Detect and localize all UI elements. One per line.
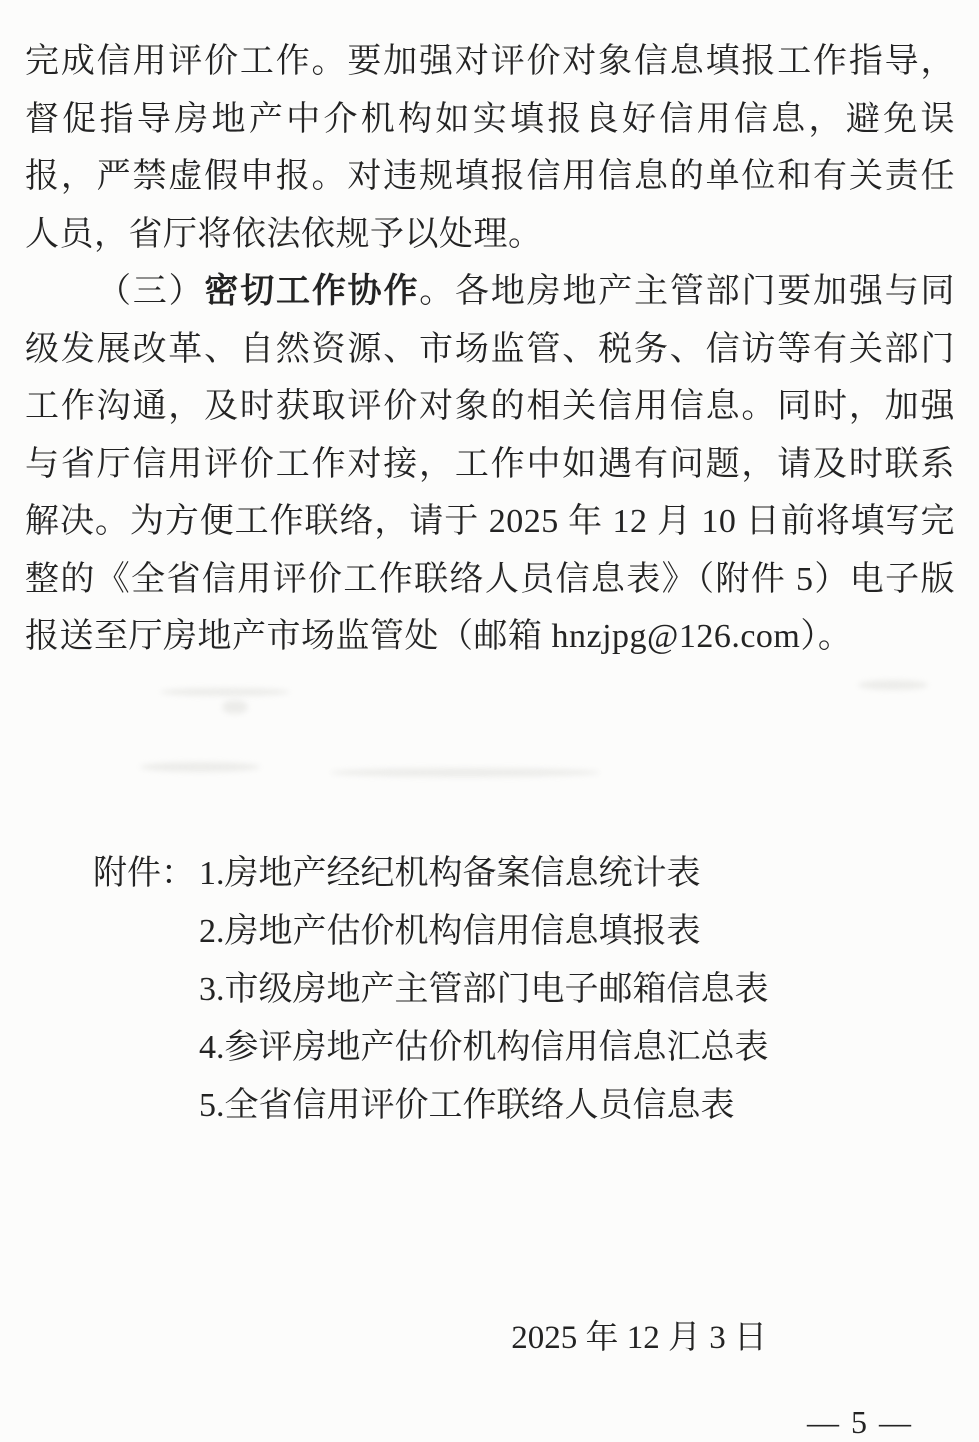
section-number: （三） xyxy=(97,273,204,310)
attachments-label: 附件： xyxy=(93,845,195,903)
paragraph-continuation: 完成信用评价工作。要加强对评价对象信息填报工作指导，督促指导房地产中介机构如实填… xyxy=(25,33,955,263)
attachment-item: 4.参评房地产估价机构信用信息汇总表 xyxy=(199,1019,769,1077)
attachment-item: 1.房地产经纪机构备案信息统计表 xyxy=(199,845,769,903)
scan-artifact xyxy=(160,688,290,696)
document-body: 完成信用评价工作。要加强对评价对象信息填报工作指导，督促指导房地产中介机构如实填… xyxy=(25,33,955,666)
page-number: — 5 — xyxy=(807,1396,913,1442)
document-date: 2025 年 12 月 3 日 xyxy=(511,1309,767,1367)
paragraph-text: 完成信用评价工作。要加强对评价对象信息填报工作指导，督促指导房地产中介机构如实填… xyxy=(25,43,955,253)
attachment-item: 2.房地产估价机构信用信息填报表 xyxy=(199,903,769,961)
paragraph-text: 。各地房地产主管部门要加强与同级发展改革、自然资源、市场监管、税务、信访等有关部… xyxy=(25,273,955,655)
document-page: 完成信用评价工作。要加强对评价对象信息填报工作指导，督促指导房地产中介机构如实填… xyxy=(0,0,979,1442)
scan-artifact xyxy=(140,762,260,772)
paragraph-section-3: （三）密切工作协作。各地房地产主管部门要加强与同级发展改革、自然资源、市场监管、… xyxy=(25,263,955,666)
attachments-list: 1.房地产经纪机构备案信息统计表 2.房地产估价机构信用信息填报表 3.市级房地… xyxy=(199,845,769,1135)
attachments-block: 附件： 1.房地产经纪机构备案信息统计表 2.房地产估价机构信用信息填报表 3.… xyxy=(93,845,769,1135)
section-heading: 密切工作协作 xyxy=(204,273,419,310)
scan-artifact xyxy=(858,680,928,690)
attachment-item: 5.全省信用评价工作联络人员信息表 xyxy=(199,1077,769,1135)
scan-artifact xyxy=(330,768,600,777)
attachment-item: 3.市级房地产主管部门电子邮箱信息表 xyxy=(199,961,769,1019)
scan-artifact xyxy=(222,700,248,714)
